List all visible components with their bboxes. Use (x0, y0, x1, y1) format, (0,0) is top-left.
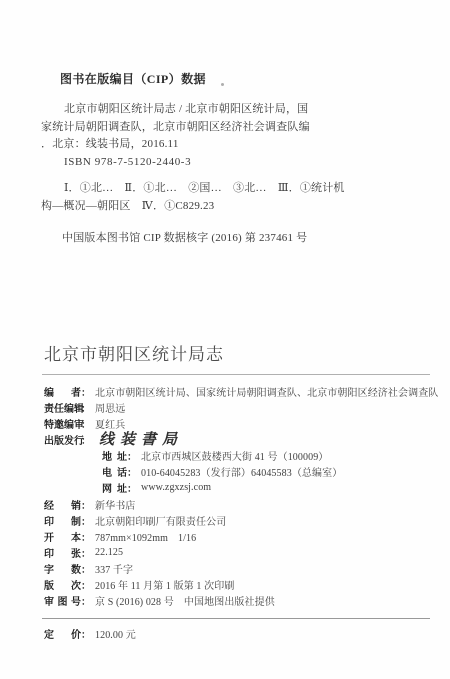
row-colon: ： (81, 432, 91, 447)
row-colon: ： (127, 480, 137, 495)
row-colon: ： (81, 384, 91, 399)
row-colon: ： (81, 561, 91, 576)
price-value: 120.00 元 (95, 626, 136, 641)
cip-isbn-line: ISBN 978-7-5120-2440-3 (64, 155, 191, 169)
colophon-row-wordcount: 字数：337 千字 (44, 561, 442, 577)
row-value: 337 千字 (95, 561, 133, 576)
book-copyright-page: 图书在版编目（CIP）数据 北京市朝阳区统计局志 / 北京市朝阳区统计局，国 家… (0, 0, 450, 679)
colophon-row-format: 开本：787mm×1092mm 1/16 (44, 528, 442, 544)
cip-registry-line: 中国版本图书馆 CIP 数据核字 (2016) 第 237461 号 (62, 231, 307, 245)
row-label: 电话 (102, 464, 127, 479)
row-label: 网址 (102, 480, 127, 495)
row-colon: ： (127, 464, 137, 479)
row-colon: ： (127, 448, 137, 463)
row-value: 北京市朝阳区统计局、国家统计局朝阳调查队、北京市朝阳区经济社会调查队 (95, 384, 438, 399)
row-label: 印张 (44, 545, 81, 560)
price-label: 定价 (44, 626, 81, 641)
colophon-row-sheets: 印张：22.125 (44, 544, 442, 560)
colophon-row-editors: 编者：北京市朝阳区统计局、国家统计局朝阳调查队、北京市朝阳区经济社会调查队 (44, 383, 442, 399)
colophon-row-printer: 印制：北京朝阳印刷厂有限责任公司 (44, 512, 442, 528)
row-value: 787mm×1092mm 1/16 (95, 529, 196, 544)
row-colon: ： (81, 577, 91, 592)
cip-record-line: 家统计局朝阳调查队，北京市朝阳区经济社会调查队编 (41, 120, 310, 134)
row-value: 22.125 (95, 547, 123, 558)
row-colon: ： (81, 545, 91, 560)
row-label: 经销 (44, 497, 81, 512)
row-colon: ： (81, 400, 91, 415)
row-label: 开本 (44, 529, 81, 544)
colophon-row-phone: 电话：010-64045283（发行部）64045583（总编室） (44, 464, 442, 480)
colophon-row-responsible-editor: 责任编辑：周思远 (44, 399, 442, 415)
publisher-logotype: 线装書局 (99, 428, 183, 449)
row-label: 出版发行 (44, 432, 81, 447)
cip-classification-line: Ⅰ．①北… Ⅱ．①北… ②国… ③北… Ⅲ．①统计机 (64, 181, 345, 195)
row-colon: ： (81, 497, 91, 512)
divider-top (42, 374, 430, 375)
cip-classification-line: 构—概况—朝阳区 Ⅳ．①C829.23 (41, 199, 214, 213)
colophon-row-distributor: 经销：新华书店 (44, 496, 442, 512)
row-label: 版次 (44, 577, 81, 592)
row-value: 新华书店 (95, 497, 135, 512)
row-colon: ： (81, 513, 91, 528)
row-value: 010-64045283（发行部）64045583（总编室） (141, 464, 342, 479)
row-label: 地址 (102, 448, 127, 463)
cip-record-line: 北京市朝阳区统计局志 / 北京市朝阳区统计局，国 (64, 102, 308, 116)
row-colon: ： (81, 416, 91, 431)
colophon-row-address: 地址：北京市西城区鼓楼西大街 41 号（100009） (44, 448, 442, 464)
row-label: 编者 (44, 384, 81, 399)
colophon-row-edition: 版次：2016 年 11 月第 1 版第 1 次印刷 (44, 577, 442, 593)
divider-bottom (42, 618, 430, 619)
row-value: 2016 年 11 月第 1 版第 1 次印刷 (95, 577, 234, 592)
row-label: 特邀编审 (44, 416, 81, 431)
cip-record-line: ．北京：线装书局，2016.11 (41, 137, 179, 151)
row-colon: ： (81, 626, 91, 641)
colophon-row-website: 网址：www.zgxzsj.com (44, 480, 442, 496)
colophon-row-publisher: 出版发行：线装書局 (44, 431, 442, 447)
row-value: 周思远 (95, 400, 125, 415)
row-value: 京 S (2016) 028 号 中国地图出版社提供 (95, 593, 275, 608)
row-value: 北京朝阳印刷厂有限责任公司 (95, 513, 226, 528)
row-colon: ： (81, 529, 91, 544)
cip-header: 图书在版编目（CIP）数据 (60, 72, 206, 86)
row-label: 印制 (44, 513, 81, 528)
stray-mark-dot (221, 83, 224, 86)
row-value: www.zgxzsj.com (141, 482, 211, 493)
price-row: 定价：120.00 元 (44, 625, 136, 641)
row-colon: ： (81, 593, 91, 608)
colophon-row-map-approval: 审图号：京 S (2016) 028 号 中国地图出版社提供 (44, 593, 442, 609)
row-value: 北京市西城区鼓楼西大街 41 号（100009） (141, 448, 328, 463)
row-label: 责任编辑 (44, 400, 81, 415)
colophon-list: 编者：北京市朝阳区统计局、国家统计局朝阳调查队、北京市朝阳区经济社会调查队 责任… (44, 383, 442, 609)
row-label: 审图号 (44, 593, 81, 608)
row-label: 字数 (44, 561, 81, 576)
book-title: 北京市朝阳区统计局志 (44, 340, 224, 365)
